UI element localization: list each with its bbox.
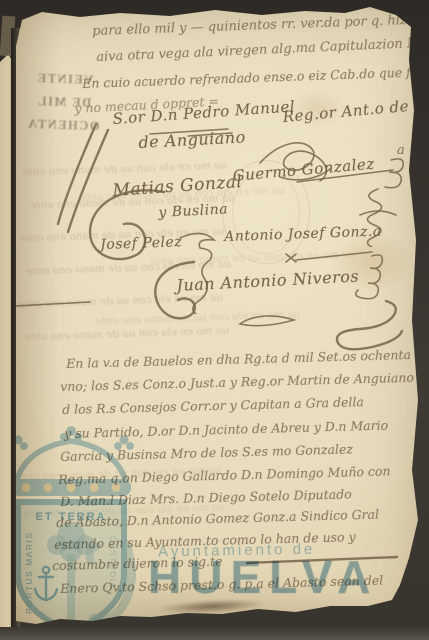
body-line: d los R.s Consejos Corr.or y Capitan a G… (62, 394, 364, 417)
crest-motto-top: ET TERRA (36, 511, 107, 523)
rubric-flourish-small (236, 308, 298, 332)
rubric-flourish-juan-e (142, 256, 210, 334)
crown-icon (9, 427, 134, 496)
underline-stroke (148, 126, 234, 138)
watermark-city-text: HUELVA (148, 550, 378, 604)
handwritten-line: para ello mil y — quinientos rr. ver.da … (92, 13, 411, 39)
body-line: En la v.a de Bauelos en dha Rg.ta d mil … (66, 347, 411, 371)
manuscript-scan: io. io. io. io. io. io. io. io. io. io. … (0, 0, 429, 640)
watermark-huelva-crest: ET TERRA PORTUS MARIS CUSTODIA (0, 424, 146, 640)
rubric-flourish-juan (290, 295, 406, 351)
scan-mat-bottom (0, 627, 429, 640)
margin-rule (12, 298, 92, 310)
rubric-flourish-guermo (350, 185, 406, 247)
handwritten-line: En cuio acuerdo refrendado ense.o eiz Ca… (82, 63, 429, 91)
signature-antonio-de-mazu: Reg.or Ant.o de Mazu (282, 93, 429, 126)
body-line: vno; los S.es Conz.o Just.a y Reg.or Mar… (60, 368, 429, 394)
paper-sheet: io. io. io. io. io. io. io. io. io. io. … (0, 0, 429, 640)
crest-motto-right: CUSTODIA (108, 536, 117, 589)
crest-motto-left: PORTUS MARIS (24, 531, 34, 614)
handwritten-line: aiva otra vega ala viregen alg.ma Capitu… (96, 35, 429, 65)
